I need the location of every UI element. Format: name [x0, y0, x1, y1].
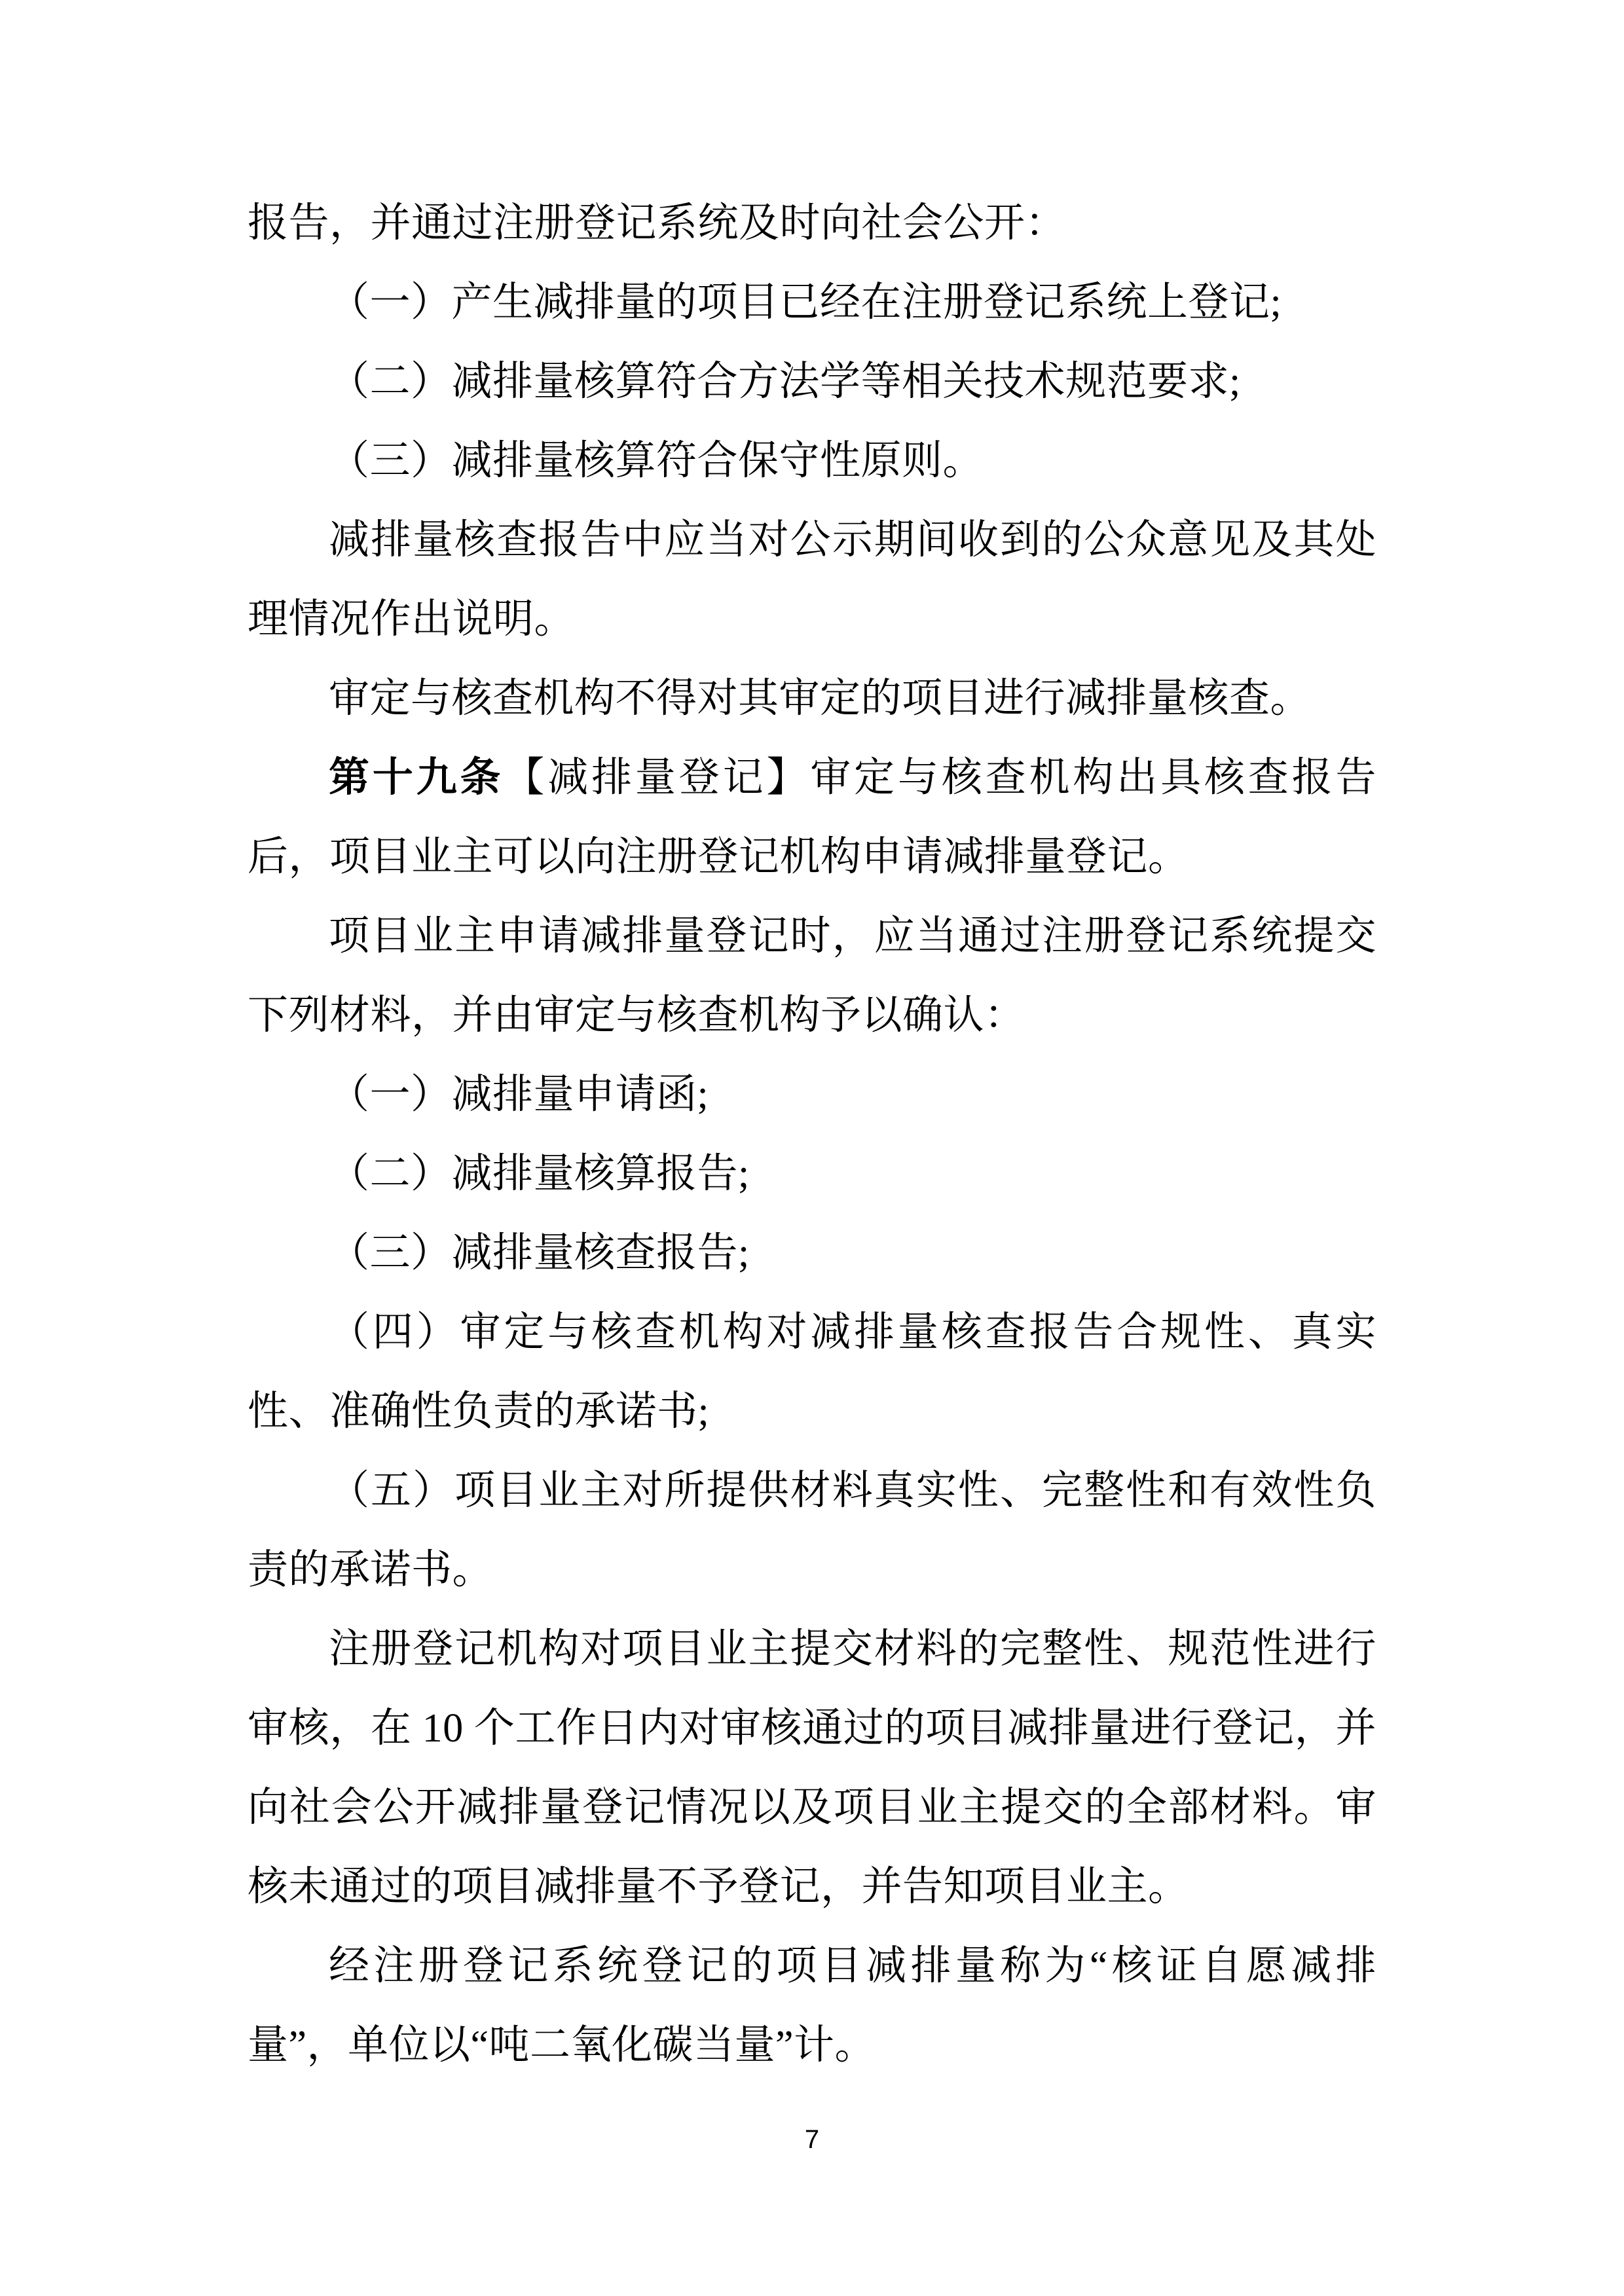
paragraph: （二）减排量核算符合方法学等相关技术规范要求; [248, 342, 1376, 422]
paragraph: （一）产生减排量的项目已经在注册登记系统上登记; [248, 263, 1376, 342]
document-page: 报告，并通过注册登记系统及时向社会公开：（一）产生减排量的项目已经在注册登记系统… [0, 0, 1624, 2296]
paragraph: （二）减排量核算报告; [248, 1135, 1376, 1214]
text-run: （一）产生减排量的项目已经在注册登记系统上登记; [329, 280, 1282, 325]
text-run: （二）减排量核算符合方法学等相关技术规范要求; [329, 359, 1241, 404]
text-run: （五）项目业主对所提供材料真实性、完整性和有效性负责的承诺书。 [248, 1468, 1376, 1592]
paragraph: （四）审定与核查机构对减排量核查报告合规性、真实性、准确性负责的承诺书; [248, 1293, 1376, 1451]
document-body: 报告，并通过注册登记系统及时向社会公开：（一）产生减排量的项目已经在注册登记系统… [248, 184, 1376, 2085]
text-run: （一）减排量申请函; [329, 1072, 709, 1117]
text-run: 项目业主申请减排量登记时，应当通过注册登记系统提交下列材料，并由审定与核查机构予… [248, 914, 1376, 1038]
paragraph: 注册登记机构对项目业主提交材料的完整性、规范性进行审核，在 10 个工作日内对审… [248, 1610, 1376, 1927]
text-run: （三）减排量核查报告; [329, 1231, 750, 1275]
text-run: （三）减排量核算符合保守性原则。 [329, 439, 984, 483]
paragraph: 减排量核查报告中应当对公示期间收到的公众意见及其处理情况作出说明。 [248, 501, 1376, 659]
page-number: 7 [805, 2121, 819, 2158]
paragraph: 报告，并通过注册登记系统及时向社会公开： [248, 184, 1376, 263]
article-number: 第十九条 [329, 756, 504, 800]
paragraph: （三）减排量核查报告; [248, 1214, 1376, 1293]
paragraph: （一）减排量申请函; [248, 1055, 1376, 1135]
page-footer: 7 [0, 2121, 1624, 2158]
paragraph: 审定与核查机构不得对其审定的项目进行减排量核查。 [248, 659, 1376, 738]
text-run: （四）审定与核查机构对减排量核查报告合规性、真实性、准确性负责的承诺书; [248, 1310, 1376, 1434]
text-run: 经注册登记系统登记的项目减排量称为“核证自愿减排量”，单位以“吨二氧化碳当量”计… [248, 1944, 1376, 2068]
text-run: 报告，并通过注册登记系统及时向社会公开： [248, 201, 1066, 246]
paragraph: 第十九条【减排量登记】审定与核查机构出具核查报告后，项目业主可以向注册登记机构申… [248, 738, 1376, 897]
text-run: 减排量核查报告中应当对公示期间收到的公众意见及其处理情况作出说明。 [248, 518, 1376, 642]
text-run: 审定与核查机构不得对其审定的项目进行减排量核查。 [329, 676, 1311, 721]
paragraph: 项目业主申请减排量登记时，应当通过注册登记系统提交下列材料，并由审定与核查机构予… [248, 897, 1376, 1055]
text-run: （二）减排量核算报告; [329, 1152, 750, 1196]
paragraph: （三）减排量核算符合保守性原则。 [248, 422, 1376, 501]
text-run: 注册登记机构对项目业主提交材料的完整性、规范性进行审核，在 10 个工作日内对审… [248, 1627, 1376, 1909]
paragraph: （五）项目业主对所提供材料真实性、完整性和有效性负责的承诺书。 [248, 1451, 1376, 1610]
paragraph: 经注册登记系统登记的项目减排量称为“核证自愿减排量”，单位以“吨二氧化碳当量”计… [248, 1927, 1376, 2085]
